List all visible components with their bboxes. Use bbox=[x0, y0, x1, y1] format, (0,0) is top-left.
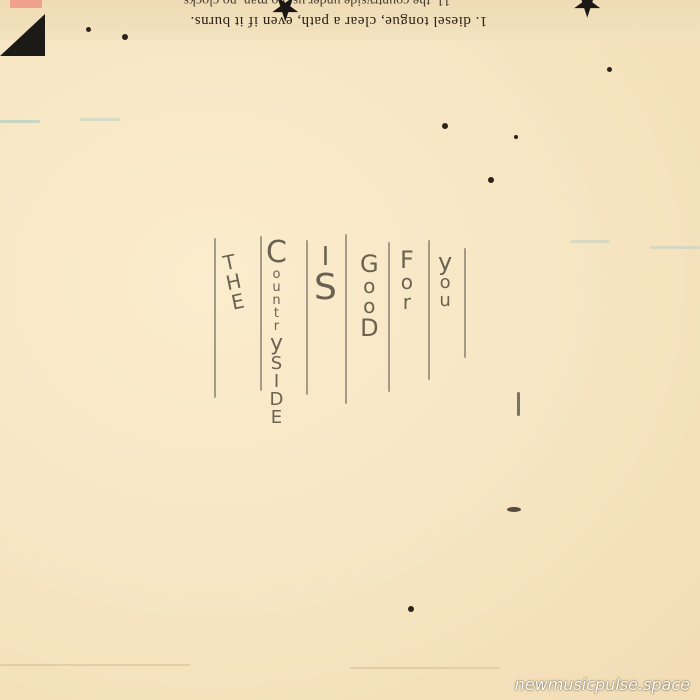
printed-line-2: 11. the countryside under us: no man, no… bbox=[180, 0, 450, 8]
word-good: G o o D bbox=[360, 252, 379, 340]
crease bbox=[0, 664, 190, 666]
handwritten-title: T H E C o u n t r y S I D E I S G o o D bbox=[210, 230, 480, 530]
speck bbox=[408, 606, 414, 612]
stain bbox=[80, 118, 120, 121]
speck bbox=[442, 123, 448, 129]
speck bbox=[86, 27, 91, 32]
pink-mark bbox=[10, 0, 42, 8]
divider-line bbox=[214, 238, 216, 398]
word-the: T H E bbox=[220, 251, 247, 313]
speck bbox=[122, 34, 128, 40]
divider-line bbox=[428, 240, 430, 380]
stain bbox=[570, 240, 610, 243]
album-cover: 11. the countryside under us: no man, no… bbox=[0, 0, 700, 700]
speck bbox=[514, 135, 518, 139]
speck bbox=[517, 392, 520, 416]
word-for: F o r bbox=[400, 248, 414, 312]
divider-line bbox=[306, 240, 308, 395]
divider-line bbox=[345, 234, 347, 404]
watermark: newmusicpulse.space bbox=[515, 675, 690, 694]
crease bbox=[350, 667, 500, 669]
star-icon: ★ bbox=[270, 0, 300, 24]
star-icon: ★ bbox=[572, 0, 602, 20]
speck bbox=[507, 507, 521, 512]
speck bbox=[607, 67, 612, 72]
word-you: y o u bbox=[438, 250, 452, 310]
word-is: I S bbox=[314, 244, 337, 306]
divider-line bbox=[260, 236, 262, 391]
divider-line bbox=[464, 248, 466, 358]
stain bbox=[650, 246, 700, 249]
printed-line-1: 1. diesel tongue, clear a path, even if … bbox=[190, 12, 487, 29]
black-triangle-icon bbox=[0, 14, 45, 56]
word-countryside: C o u n t r y S I D E bbox=[266, 238, 287, 427]
speck bbox=[488, 177, 494, 183]
stain bbox=[0, 120, 40, 123]
divider-line bbox=[388, 242, 390, 392]
